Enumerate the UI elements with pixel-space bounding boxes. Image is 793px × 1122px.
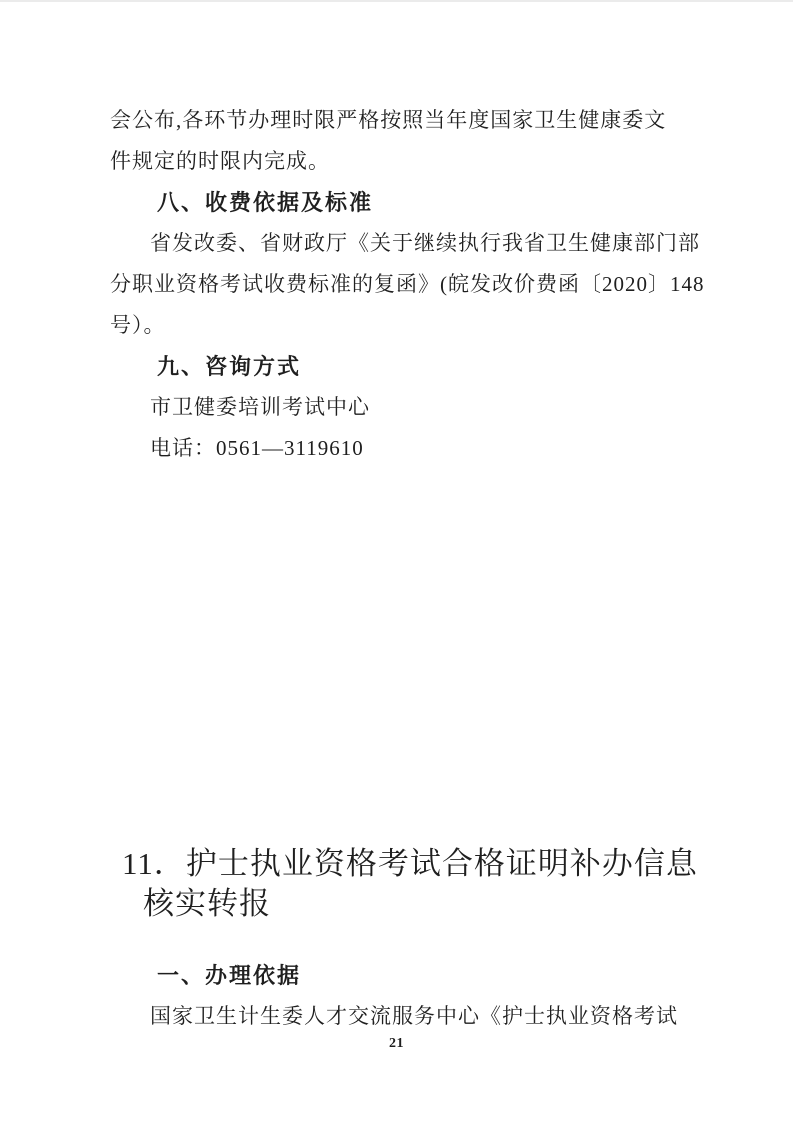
section-heading-fee-basis: 八、收费依据及标准 [110, 182, 688, 223]
page-content: 会公布,各环节办理时限严格按照当年度国家卫生健康委文 件规定的时限内完成。 八、… [110, 2, 688, 1037]
section-heading-handling-basis: 一、办理依据 [110, 955, 688, 996]
document-page: 会公布,各环节办理时限严格按照当年度国家卫生健康委文 件规定的时限内完成。 八、… [0, 0, 793, 1122]
intro-paragraph-line-1: 会公布,各环节办理时限严格按照当年度国家卫生健康委文 [110, 100, 688, 141]
page-number: 21 [0, 1036, 793, 1052]
fee-section-line-1: 省发改委、省财政厅《关于继续执行我省卫生健康部门部 [110, 223, 688, 264]
fee-section-line-3: 号）。 [110, 305, 688, 346]
section-heading-consultation: 九、咨询方式 [110, 346, 688, 387]
consultation-phone-line: 电话：0561—3119610 [110, 428, 688, 469]
chapter-title: 11．护士执业资格考试合格证明补办信息 核实转报 [110, 844, 688, 924]
intro-paragraph-line-2: 件规定的时限内完成。 [110, 141, 688, 182]
chapter-title-line-2: 核实转报 [110, 884, 688, 924]
consultation-center-line: 市卫健委培训考试中心 [110, 387, 688, 428]
fee-section-line-2: 分职业资格考试收费标准的复函》(皖发改价费函〔2020〕148 [110, 264, 688, 305]
chapter-title-line-1: 11．护士执业资格考试合格证明补办信息 [110, 844, 688, 884]
basis-section-line-1: 国家卫生计生委人才交流服务中心《护士执业资格考试 [110, 996, 688, 1037]
